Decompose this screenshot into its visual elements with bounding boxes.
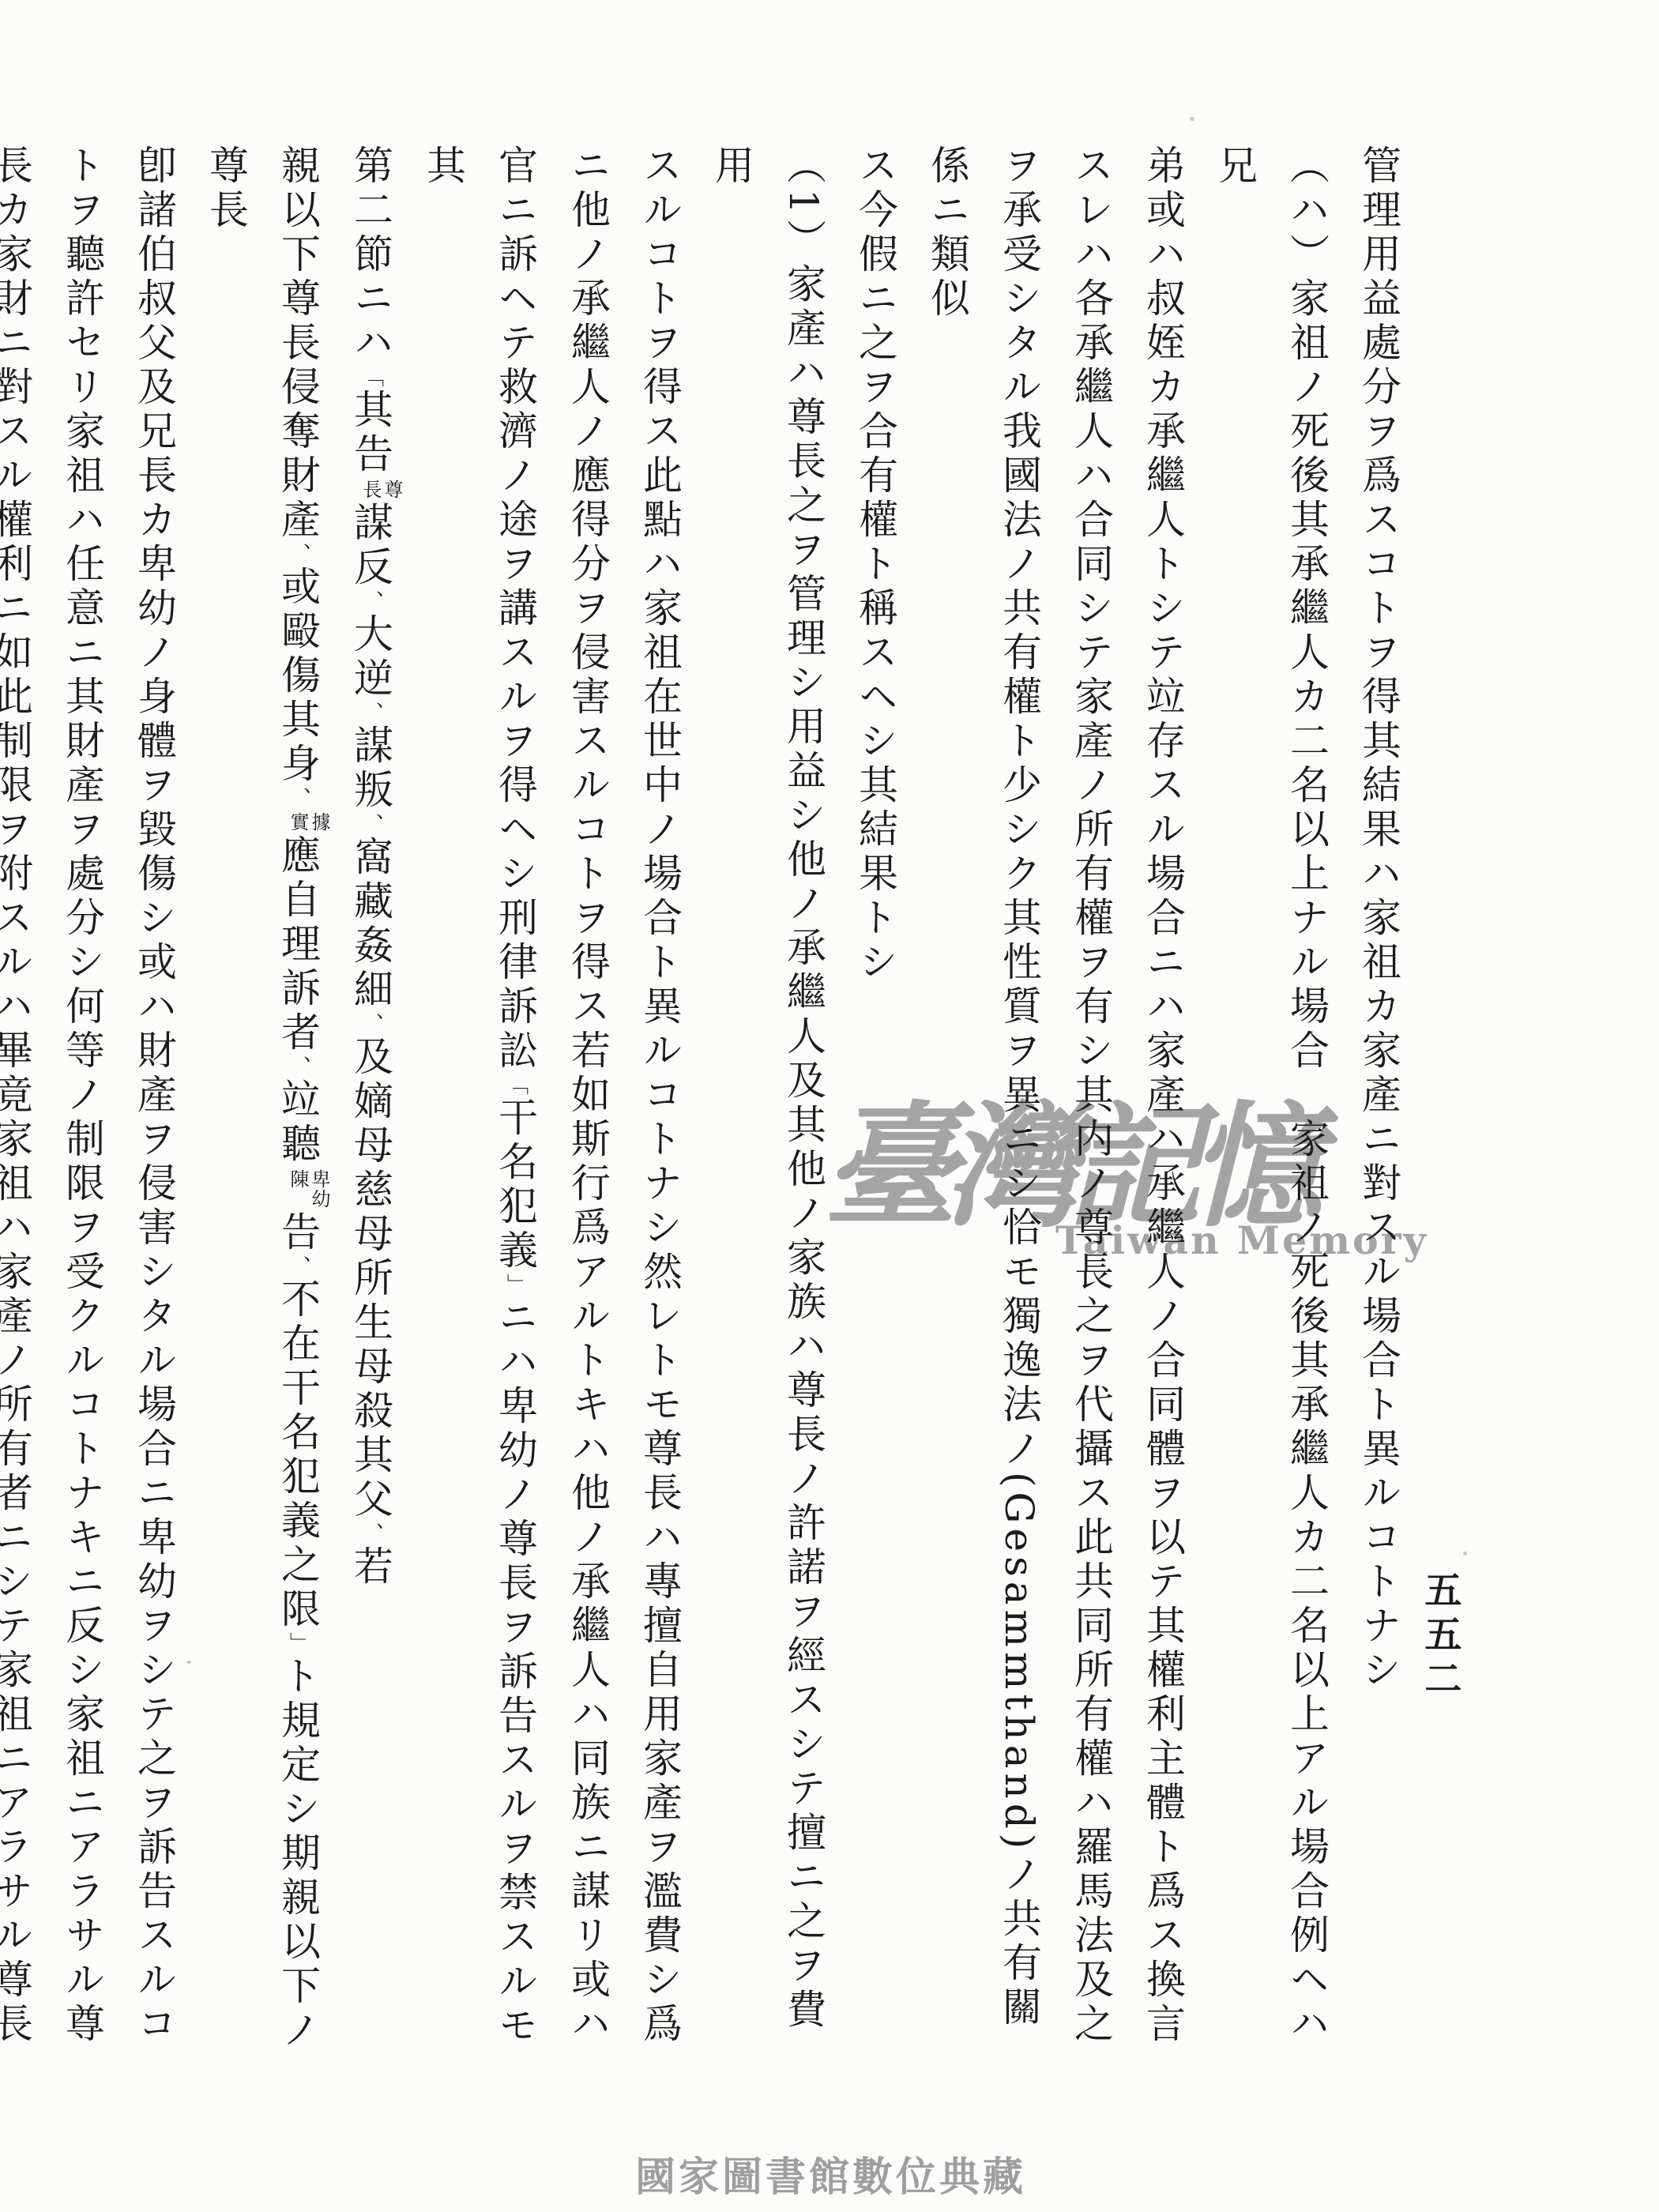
text-column-14: トヲ聽許セリ家祖ハ任意ニ其財產ヲ處分シ何等ノ制限ヲ受クルコトナキニ反シ家祖ニアラ…	[46, 145, 118, 2072]
scanned-page: 臺灣記憶 Taiwan Memory 管理用益處分ヲ爲スコトヲ得其結果ハ家祖カ家…	[0, 0, 1659, 2212]
text-column-7: （1）家產ハ尊長之ヲ管理シ用益シ他ノ承繼人及其他ノ家族ハ尊長ノ許諾ヲ經スシテ擅ニ…	[695, 145, 839, 2072]
warichu-note: 尊長	[359, 480, 402, 499]
text-column-4: スレハ各承繼人ハ合同シテ家產ノ所有權ヲ有シ其内ノ尊長之ヲ代攝ス此共同所有權ハ羅馬…	[1055, 145, 1127, 2072]
text-column-10: 官ニ訴ヘテ救濟ノ途ヲ講スルヲ得ヘシ刑律訴訟「干名犯義」ニハ卑幼ノ尊長ヲ訴告スルヲ…	[407, 145, 551, 2072]
small-punctuation: 、	[286, 787, 310, 810]
text-column-11: 第二節ニハ「其告尊長謀反、大逆、謀叛、窩藏姦細、及嫡母慈母所生母殺其父、若	[334, 145, 407, 2072]
text-column-3: 弟或ハ叔姪カ承繼人トシテ竝存スル場合ニハ家產ハ承繼人ノ合同體ヲ以テ其權利主體ト爲…	[1127, 145, 1198, 2072]
text-column-6: ス今假ニ之ヲ合有權ト稱スヘシ其結果トシ	[839, 145, 911, 2072]
text-column-9: ニ他ノ承繼人ノ應得分ヲ侵害スルコトヲ得ス若如斯行爲アルトキハ他ノ承繼人ハ同族ニ謀…	[551, 145, 623, 2072]
small-punctuation: 、	[286, 1055, 310, 1078]
small-punctuation: 、	[359, 813, 383, 836]
text-column-8: スルコトヲ得ス此點ハ家祖在世中ノ場合ト異ルコトナシ然レトモ尊長ハ專擅自用家產ヲ濫…	[623, 145, 695, 2072]
small-punctuation: 」	[503, 1273, 528, 1296]
small-punctuation: 「	[359, 366, 383, 389]
small-punctuation: 「	[503, 1074, 528, 1097]
scan-speck	[1190, 117, 1194, 121]
small-punctuation: 、	[359, 590, 383, 613]
page-text-block: 管理用益處分ヲ爲スコトヲ得其結果ハ家祖カ家產ニ對スル場合ト異ルコトナシ（ハ）家祖…	[118, 145, 1414, 2072]
text-column-5: ヲ承受シタル我國法ノ共有權ト少シク其性質ヲ異ニシ恰モ獨逸法ノ(Gesammtha…	[911, 145, 1055, 2072]
text-column-13: 卽諸伯叔父及兄長カ卑幼ノ身體ヲ毀傷シ或ハ財產ヲ侵害シタル場合ニ卑幼ヲシテ之ヲ訴告…	[118, 145, 190, 2072]
small-punctuation: 、	[286, 1255, 310, 1278]
text-column-1: 管理用益處分ヲ爲スコトヲ得其結果ハ家祖カ家產ニ對スル場合ト異ルコトナシ	[1342, 145, 1414, 2072]
text-column-12: 親以下尊長侵奪財產、或毆傷其身、據實應自理訴者、竝聽卑幼陳告、不在干名犯義之限」…	[190, 145, 334, 2072]
small-punctuation: 」	[286, 1632, 310, 1655]
small-punctuation: 、	[359, 1522, 383, 1545]
warichu-note: 卑幼陳	[287, 1169, 329, 1209]
page-number: 五五二	[1417, 1571, 1461, 1703]
small-punctuation: 、	[359, 1013, 383, 1036]
small-punctuation: 、	[359, 702, 383, 724]
scan-speck	[186, 1661, 191, 1664]
scan-speck	[1463, 1552, 1467, 1556]
bottom-caption: 國家圖書館數位典藏	[635, 2155, 1026, 2199]
warichu-note: 據實	[287, 812, 329, 832]
text-column-15: 長カ家財ニ對スル權利ニ如此制限ヲ附スルハ畢竟家祖ハ家產ノ所有者ニシテ家祖ニアラサ…	[0, 145, 46, 2072]
small-punctuation: 、	[286, 543, 310, 566]
text-column-2: （ハ）家祖ノ死後其承繼人カ二名以上ナル場合 家祖ノ死後其承繼人カ二名以上アル場合…	[1198, 145, 1342, 2072]
